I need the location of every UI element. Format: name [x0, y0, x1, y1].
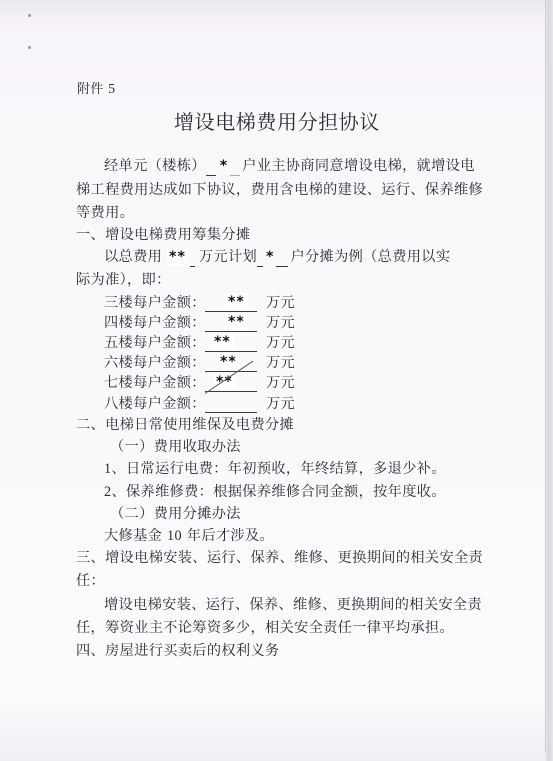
intro-prefix: 经单元（楼栋） [104, 158, 206, 174]
unit-label: 万元 [266, 314, 295, 332]
amount-blank: ** [205, 295, 257, 312]
section-1-line-1: 以总费用 ** 万元计划 * 户分摊为例（总费用以实 [104, 248, 450, 267]
scanned-page: 附件 5 增设电梯费用分担协议 经单元（楼栋） * 户业主协商同意增设电梯，就增… [0, 0, 553, 761]
amount-blank: ** [205, 315, 257, 332]
floor-amount-row: 四楼每户金额： ** 万元 [104, 314, 204, 332]
section-2-fund: 大修基金 10 年后才涉及。 [104, 527, 274, 545]
floor-amount-row: 六楼每户金额： ** 万元 [104, 354, 204, 372]
section-2-item-2: 2、保养维修费：根据保养维修合同金额，按年度收。 [104, 483, 446, 501]
unit-label: 万元 [266, 374, 295, 392]
page-edge-line [545, 0, 546, 752]
floor-label: 七楼每户金额： [104, 374, 204, 392]
unit-label: 万元 [266, 334, 295, 352]
floor-amount-row: 七楼每户金额： ** 万元 [104, 374, 204, 392]
intro-line-3: 等费用。 [76, 204, 134, 222]
section-2-sub-2: （二）费用分摊办法 [110, 505, 241, 523]
unit-label: 万元 [266, 354, 295, 372]
item-text: 、保养维修费：根据保养维修合同金额，按年度收。 [111, 484, 445, 500]
attachment-label: 附件 5 [77, 80, 115, 99]
plan-label: 万元计划 [199, 249, 257, 265]
households-blank: * [264, 248, 276, 266]
scan-speck [28, 46, 31, 49]
floor-label: 六楼每户金额： [104, 354, 204, 372]
floor-label: 三楼每户金额： [104, 294, 204, 312]
floor-label: 八楼每户金额： [104, 395, 204, 413]
total-cost-blank: ** [167, 248, 188, 266]
section-2-sub-1: （一）费用收取办法 [110, 438, 241, 456]
amount-blank: ** [205, 335, 257, 352]
unit-label: 万元 [266, 395, 295, 413]
floor-amount-row: 五楼每户金额： ** 万元 [104, 334, 204, 352]
section-3-heading-line-2: 任： [76, 572, 105, 590]
unit-households-blank: * [218, 157, 230, 175]
item-text: 、日常运行电费：年初预收，年终结算，多退少补。 [111, 461, 445, 477]
floor-amount-row: 八楼每户金额： 万元 [104, 395, 204, 413]
document-title: 增设电梯费用分担协议 [174, 109, 380, 135]
amount-blank [205, 396, 257, 413]
fund-prefix: 大修基金 [104, 528, 162, 544]
unit-label: 万元 [266, 294, 295, 312]
intro-line-1: 经单元（楼栋） * 户业主协商同意增设电梯，就增设电 [104, 157, 475, 176]
section-4-heading: 四、房屋进行买卖后的权利义务 [76, 642, 280, 660]
amount-blank: ** [205, 375, 257, 392]
section-2-heading: 二、电梯日常使用维保及电费分摊 [76, 416, 294, 434]
fund-years: 10 [167, 528, 182, 544]
floor-amount-row: 三楼每户金额： ** 万元 [104, 294, 204, 312]
intro-suffix: 户业主协商同意增设电梯，就增设电 [242, 158, 475, 174]
intro-line-2: 梯工程费用达成如下协议，费用含电梯的建设、运行、保养维修 [76, 181, 483, 199]
page-edge-shadow [545, 0, 553, 761]
fund-suffix: 年后才涉及。 [187, 528, 274, 544]
attachment-number: 5 [108, 81, 115, 96]
share-example-text: 户分摊为例（总费用以实 [290, 249, 450, 265]
section-2-item-1: 1、日常运行电费：年初预收，年终结算，多退少补。 [104, 460, 446, 478]
section-3-body-line-1: 增设电梯安装、运行、保养、维修、更换期间的相关安全责 [104, 596, 482, 614]
section-1-line-2: 际为准），即： [76, 271, 171, 289]
section-3-body-line-2: 任，筹资业主不论筹资多少，相关安全责任一律平均承担。 [76, 619, 454, 637]
section-3-heading-line-1: 三、增设电梯安装、运行、保养、维修、更换期间的相关安全责 [76, 549, 483, 567]
floor-label: 五楼每户金额： [104, 334, 204, 352]
scan-speck [28, 14, 31, 17]
section-1-heading: 一、增设电梯费用筹集分摊 [76, 226, 250, 244]
floor-label: 四楼每户金额： [104, 314, 204, 332]
total-cost-label: 以总费用 [104, 249, 162, 265]
attachment-text: 附件 [77, 82, 104, 97]
